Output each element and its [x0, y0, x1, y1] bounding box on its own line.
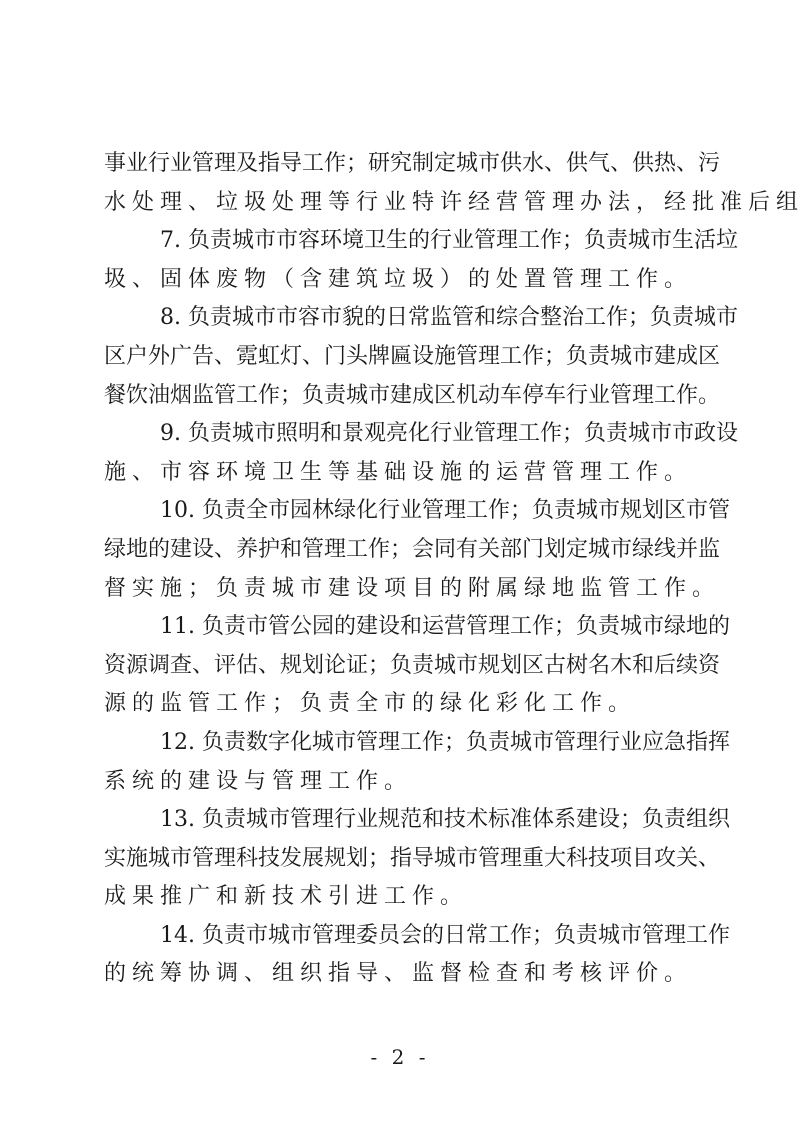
- paragraph-item-12: 12. 负责数字化城市管理工作；负责城市管理行业应急指挥 系统的建设与管理工作。: [104, 724, 698, 801]
- paragraph-continuation: 事业行业管理及指导工作；研究制定城市供水、供气、供热、污 水处理、垃圾处理等行业…: [104, 145, 698, 222]
- text-line: 12. 负责数字化城市管理工作；负责城市管理行业应急指挥: [104, 724, 698, 763]
- paragraph-item-11: 11. 负责市管公园的建设和运营管理工作；负责城市绿地的 资源调查、评估、规划论…: [104, 608, 698, 724]
- text-line: 10. 负责全市园林绿化行业管理工作；负责城市规划区市管: [104, 492, 698, 531]
- text-line: 11. 负责市管公园的建设和运营管理工作；负责城市绿地的: [104, 608, 698, 647]
- paragraph-item-7: 7. 负责城市市容环境卫生的行业管理工作；负责城市生活垃 圾、固体废物（含建筑垃…: [104, 222, 698, 299]
- text-line: 系统的建设与管理工作。: [104, 763, 698, 802]
- paragraph-item-13: 13. 负责城市管理行业规范和技术标准体系建设；负责组织 实施城市管理科技发展规…: [104, 801, 698, 917]
- text-line: 实施城市管理科技发展规划；指导城市管理重大科技项目攻关、: [104, 840, 698, 879]
- paragraph-item-9: 9. 负责城市照明和景观亮化行业管理工作；负责城市市政设 施、市容环境卫生等基础…: [104, 415, 698, 492]
- text-line: 的统筹协调、组织指导、监督检查和考核评价。: [104, 955, 698, 994]
- text-line: 13. 负责城市管理行业规范和技术标准体系建设；负责组织: [104, 801, 698, 840]
- paragraph-item-8: 8. 负责城市市容市貌的日常监管和综合整治工作；负责城市 区户外广告、霓虹灯、门…: [104, 299, 698, 415]
- text-line: 7. 负责城市市容环境卫生的行业管理工作；负责城市生活垃: [104, 222, 698, 261]
- text-line: 源的监管工作；负责全市的绿化彩化工作。: [104, 685, 698, 724]
- text-line: 绿地的建设、养护和管理工作；会同有关部门划定城市绿线并监: [104, 531, 698, 570]
- text-line: 14. 负责市城市管理委员会的日常工作；负责城市管理工作: [104, 917, 698, 956]
- text-line: 8. 负责城市市容市貌的日常监管和综合整治工作；负责城市: [104, 299, 698, 338]
- text-line: 施、市容环境卫生等基础设施的运营管理工作。: [104, 454, 698, 493]
- text-line: 督实施；负责城市建设项目的附属绿地监管工作。: [104, 570, 698, 609]
- text-line: 餐饮油烟监管工作；负责城市建成区机动车停车行业管理工作。: [104, 377, 698, 416]
- text-line: 圾、固体废物（含建筑垃圾）的处置管理工作。: [104, 261, 698, 300]
- paragraph-item-10: 10. 负责全市园林绿化行业管理工作；负责城市规划区市管 绿地的建设、养护和管理…: [104, 492, 698, 608]
- text-line: 成果推广和新技术引进工作。: [104, 878, 698, 917]
- text-line: 事业行业管理及指导工作；研究制定城市供水、供气、供热、污: [104, 145, 698, 184]
- paragraph-item-14: 14. 负责市城市管理委员会的日常工作；负责城市管理工作 的统筹协调、组织指导、…: [104, 917, 698, 994]
- text-line: 资源调查、评估、规划论证；负责城市规划区古树名木和后续资: [104, 647, 698, 686]
- text-line: 水处理、垃圾处理等行业特许经营管理办法，经批准后组织实施。: [104, 184, 698, 223]
- document-page-body: 事业行业管理及指导工作；研究制定城市供水、供气、供热、污 水处理、垃圾处理等行业…: [104, 145, 698, 994]
- text-line: 9. 负责城市照明和景观亮化行业管理工作；负责城市市政设: [104, 415, 698, 454]
- page-number: - 2 -: [0, 1045, 800, 1069]
- text-line: 区户外广告、霓虹灯、门头牌匾设施管理工作；负责城市建成区: [104, 338, 698, 377]
